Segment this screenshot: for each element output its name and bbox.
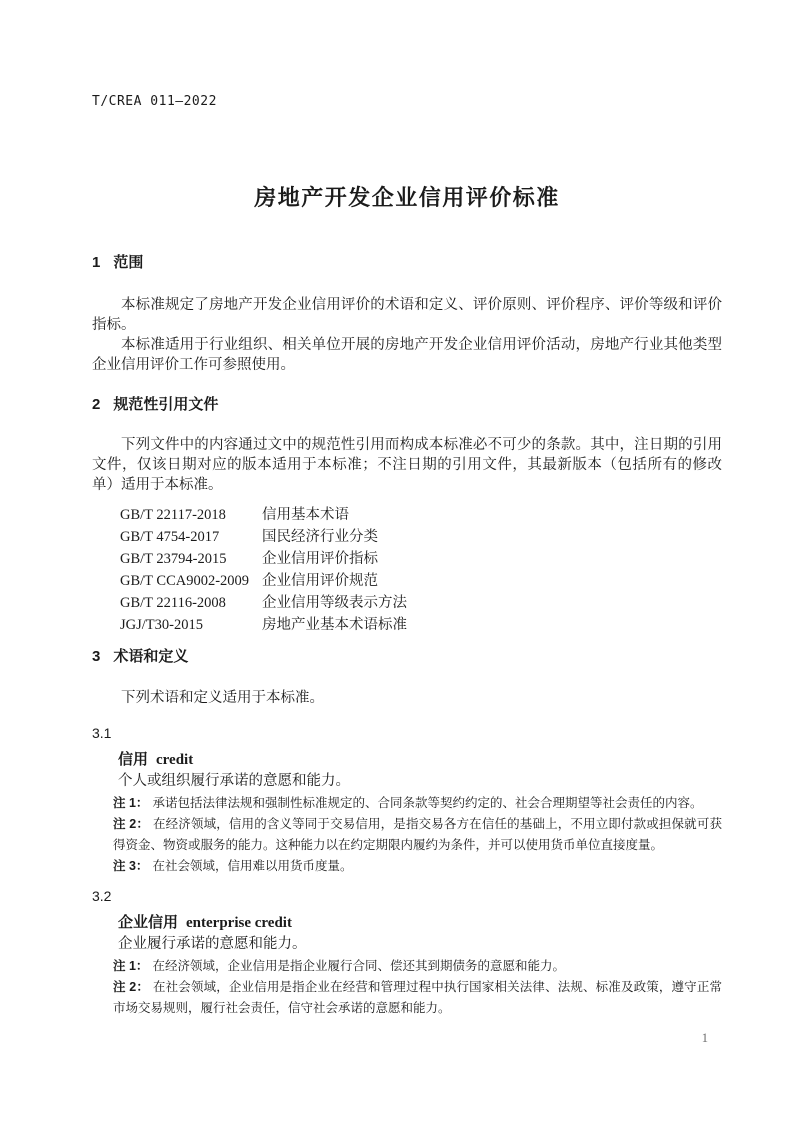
section-1-number: 1 <box>92 254 100 271</box>
term-3-2-cn: 企业信用 <box>118 914 178 931</box>
doc-title: 房地产开发企业信用评价标准 <box>92 184 722 212</box>
section-2-heading: 2规范性引用文件 <box>92 396 722 414</box>
references-list: GB/T 22117-2018信用基本术语 GB/T 4754-2017国民经济… <box>92 504 722 636</box>
note-text: 在社会领域，信用难以用货币度量。 <box>152 859 352 873</box>
reference-title: 国民经济行业分类 <box>262 529 378 545</box>
term-3-2-notes: 注 1：在经济领域，企业信用是指企业履行合同、偿还其到期债务的意愿和能力。 注 … <box>92 956 722 1019</box>
scope-paragraph-1: 本标准规定了房地产开发企业信用评价的术语和定义、评价原则、评价程序、评价等级和评… <box>92 295 722 335</box>
section-1-title: 范围 <box>113 254 143 271</box>
note-text: 在经济领域，信用的含义等同于交易信用，是指交易各方在信任的基础上，不用立即付款或… <box>113 817 722 852</box>
section-1-heading: 1范围 <box>92 254 722 272</box>
note-label: 注 2： <box>113 980 149 994</box>
reference-title: 信用基本术语 <box>262 507 349 523</box>
note-text: 在社会领域，企业信用是指企业在经营和管理过程中执行国家相关法律、法规、标准及政策… <box>113 980 722 1015</box>
reference-title: 企业信用等级表示方法 <box>262 595 407 611</box>
term-3-2-id: 3.2 <box>92 888 722 904</box>
note-label: 注 1： <box>113 796 148 810</box>
term-3-1-en: credit <box>156 752 193 768</box>
reference-title: 企业信用评价指标 <box>262 551 378 567</box>
reference-code: GB/T CCA9002-2009 <box>120 570 262 592</box>
reference-title: 企业信用评价规范 <box>262 573 378 589</box>
term-3-1-cn: 信用 <box>118 751 148 768</box>
page-number: 1 <box>702 1031 708 1046</box>
section-2-title: 规范性引用文件 <box>113 396 218 413</box>
note: 注 2：在社会领域，企业信用是指企业在经营和管理过程中执行国家相关法律、法规、标… <box>92 977 722 1019</box>
section-3-title: 术语和定义 <box>113 648 188 665</box>
term-3-2-name: 企业信用enterprise credit <box>92 914 722 932</box>
reference-row: GB/T 22116-2008企业信用等级表示方法 <box>92 592 722 614</box>
note-text: 在经济领域，企业信用是指企业履行合同、偿还其到期债务的意愿和能力。 <box>152 959 565 973</box>
section-3-heading: 3术语和定义 <box>92 648 722 666</box>
section-1-body: 本标准规定了房地产开发企业信用评价的术语和定义、评价原则、评价程序、评价等级和评… <box>92 295 722 375</box>
scope-paragraph-2: 本标准适用于行业组织、相关单位开展的房地产开发企业信用评价活动，房地产行业其他类… <box>92 335 722 375</box>
note-label: 注 2： <box>113 817 149 831</box>
term-3-2-definition: 企业履行承诺的意愿和能力。 <box>92 934 722 954</box>
reference-row: GB/T 22117-2018信用基本术语 <box>92 504 722 526</box>
reference-row: GB/T 4754-2017国民经济行业分类 <box>92 526 722 548</box>
normative-references-paragraph: 下列文件中的内容通过文中的规范性引用而构成本标准必不可少的条款。其中，注日期的引… <box>92 435 722 495</box>
reference-code: GB/T 22117-2018 <box>120 504 262 526</box>
note: 注 1：承诺包括法律法规和强制性标准规定的、合同条款等契约约定的、社会合理期望等… <box>92 793 722 814</box>
doc-code: T/CREA 011—2022 <box>92 95 722 108</box>
term-3-1-id: 3.1 <box>92 725 722 741</box>
note-label: 注 1： <box>113 959 148 973</box>
terms-intro-paragraph: 下列术语和定义适用于本标准。 <box>92 688 722 708</box>
reference-row: GB/T 23794-2015企业信用评价指标 <box>92 548 722 570</box>
section-2-number: 2 <box>92 396 100 413</box>
note: 注 3：在社会领域，信用难以用货币度量。 <box>92 856 722 877</box>
reference-code: GB/T 4754-2017 <box>120 526 262 548</box>
term-3-1-notes: 注 1：承诺包括法律法规和强制性标准规定的、合同条款等契约约定的、社会合理期望等… <box>92 793 722 877</box>
reference-code: JGJ/T30-2015 <box>120 614 262 636</box>
document-page: T/CREA 011—2022 房地产开发企业信用评价标准 1范围 本标准规定了… <box>0 0 794 1123</box>
note-text: 承诺包括法律法规和强制性标准规定的、合同条款等契约约定的、社会合理期望等社会责任… <box>152 796 702 810</box>
reference-row: JGJ/T30-2015房地产业基本术语标准 <box>92 614 722 636</box>
reference-row: GB/T CCA9002-2009企业信用评价规范 <box>92 570 722 592</box>
note: 注 1：在经济领域，企业信用是指企业履行合同、偿还其到期债务的意愿和能力。 <box>92 956 722 977</box>
note: 注 2：在经济领域，信用的含义等同于交易信用，是指交易各方在信任的基础上，不用立… <box>92 814 722 856</box>
section-3-number: 3 <box>92 648 100 665</box>
note-label: 注 3： <box>113 859 148 873</box>
term-3-2-en: enterprise credit <box>186 915 292 931</box>
term-3-1-name: 信用credit <box>92 751 722 769</box>
reference-code: GB/T 22116-2008 <box>120 592 262 614</box>
reference-title: 房地产业基本术语标准 <box>262 617 407 633</box>
reference-code: GB/T 23794-2015 <box>120 548 262 570</box>
term-3-1-definition: 个人或组织履行承诺的意愿和能力。 <box>92 771 722 791</box>
